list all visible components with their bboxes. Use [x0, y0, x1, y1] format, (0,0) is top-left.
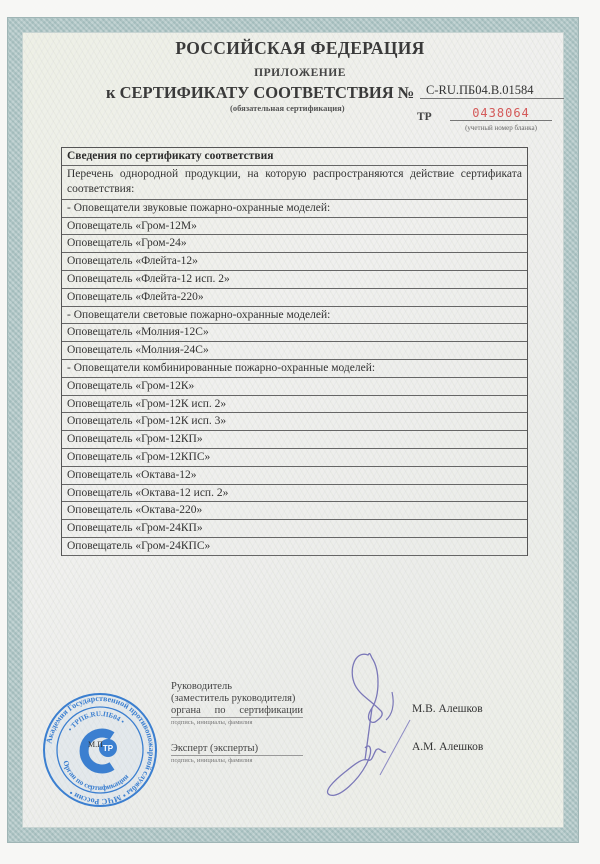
svg-text:ТР: ТР — [103, 744, 114, 753]
product-row: Оповещатель «Гром-12КПС» — [62, 449, 527, 467]
head-caption: подпись, инициалы, фамилия — [171, 719, 303, 726]
product-row: Оповещатель «Октава-12» — [62, 467, 527, 485]
product-list: - Оповещатели звуковые пожарно-охранные … — [62, 200, 527, 556]
product-row: Оповещатель «Октава-220» — [62, 502, 527, 520]
table-intro: Перечень однородной продукции, на котору… — [62, 166, 527, 200]
handwritten-signature-icon — [310, 650, 420, 800]
expert-role: Эксперт (эксперты) — [171, 742, 303, 756]
category-row: - Оповещатели световые пожарно-охранные … — [62, 307, 527, 325]
head-role-line3: органа по сертификации — [171, 705, 303, 718]
product-row: Оповещатель «Гром-24» — [62, 235, 527, 253]
head-role: Руководитель (заместитель руководителя) … — [171, 681, 303, 718]
certificate-details-table: Сведения по сертификату соответствия Пер… — [61, 147, 528, 556]
product-row: Оповещатель «Молния-24С» — [62, 342, 527, 360]
head-name: М.В. Алешков — [412, 703, 483, 715]
category-row: - Оповещатели звуковые пожарно-охранные … — [62, 200, 527, 218]
product-row: Оповещатель «Молния-12С» — [62, 324, 527, 342]
blank-number: 0438064 — [450, 106, 552, 121]
product-row: Оповещатель «Гром-12К» — [62, 378, 527, 396]
product-row: Оповещатель «Флейта-12 исп. 2» — [62, 271, 527, 289]
product-row: Оповещатель «Гром-24КПС» — [62, 538, 527, 556]
product-row: Оповещатель «Гром-24КП» — [62, 520, 527, 538]
table-title: Сведения по сертификату соответствия — [62, 148, 527, 166]
product-row: Оповещатель «Гром-12К исп. 2» — [62, 396, 527, 414]
certificate-title: к СЕРТИФИКАТУ СООТВЕТСТВИЯ № — [106, 83, 414, 103]
product-row: Оповещатель «Флейта-220» — [62, 289, 527, 307]
expert-caption: подпись, инициалы, фамилия — [171, 757, 303, 764]
head-signature-block: Руководитель (заместитель руководителя) … — [171, 681, 303, 726]
country-title: РОССИЙСКАЯ ФЕДЕРАЦИЯ — [0, 38, 600, 59]
mandatory-note: (обязательная сертификация) — [230, 103, 345, 113]
expert-signature-block: Эксперт (эксперты) подпись, инициалы, фа… — [171, 742, 303, 764]
tp-label: ТР — [417, 111, 432, 123]
blank-number-caption: (учетный номер бланка) — [450, 124, 552, 132]
expert-name: А.М. Алешков — [412, 741, 483, 753]
certificate-number: C-RU.ПБ04.В.01584 — [420, 83, 564, 99]
product-row: Оповещатель «Гром-12КП» — [62, 431, 527, 449]
category-row: - Оповещатели комбинированные пожарно-ох… — [62, 360, 527, 378]
svg-text:М.П: М.П — [88, 740, 103, 749]
product-row: Оповещатель «Флейта-12» — [62, 253, 527, 271]
certification-stamp-icon: Академия Государственной противопожарной… — [40, 690, 160, 810]
head-role-line2: (заместитель руководителя) — [171, 693, 303, 705]
product-row: Оповещатель «Гром-12М» — [62, 218, 527, 236]
product-row: Оповещатель «Октава-12 исп. 2» — [62, 485, 527, 503]
product-row: Оповещатель «Гром-12К исп. 3» — [62, 413, 527, 431]
head-role-line1: Руководитель — [171, 681, 303, 693]
appendix-label: ПРИЛОЖЕНИЕ — [0, 67, 600, 79]
